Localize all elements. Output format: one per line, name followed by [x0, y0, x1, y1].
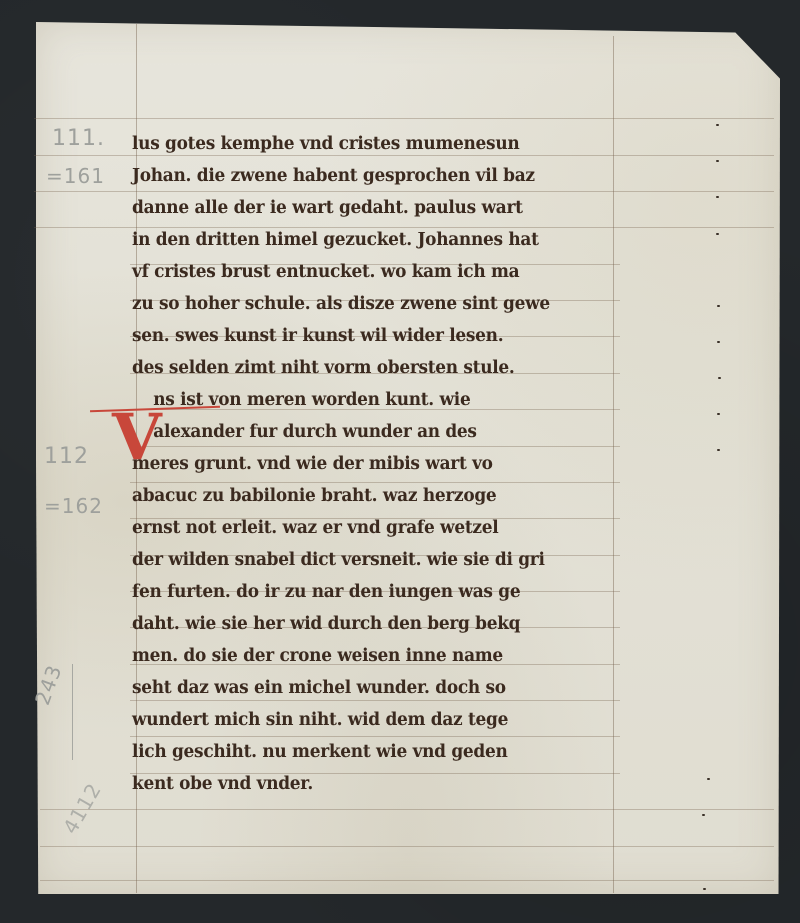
- text-line: fen furten. do ir zu nar den iungen was …: [132, 576, 602, 608]
- folio-equivalence-pencil: =162: [44, 494, 103, 518]
- pricking-hole: [718, 377, 721, 379]
- text-line: alexander fur durch wunder an des: [132, 416, 601, 448]
- text-line: danne alle der ie wart gedaht. paulus wa…: [132, 192, 602, 224]
- pricking-hole: [717, 413, 720, 415]
- text-line: daht. wie sie her wid durch den berg bek…: [132, 608, 602, 640]
- manuscript-text-block: lus gotes kemphe vnd cristes mumenesun J…: [132, 128, 617, 800]
- text-line: Johan. die zwene habent gesprochen vil b…: [132, 160, 602, 192]
- pricking-hole: [717, 305, 720, 307]
- pricking-hole: [716, 233, 719, 235]
- folio-equivalence-pencil: =161: [46, 164, 105, 188]
- text-line: ernst not erleit. waz er vnd grafe wetze…: [132, 512, 602, 544]
- text-line: lich geschiht. nu merkent wie vnd geden: [132, 736, 602, 768]
- text-line: vf cristes brust entnucket. wo kam ich m…: [132, 256, 602, 288]
- pencil-mark-line: [72, 664, 73, 760]
- pricking-hole: [716, 160, 719, 162]
- top-ruling: [34, 118, 774, 119]
- text-line: lus gotes kemphe vnd cristes mumenesun: [132, 128, 602, 160]
- text-line: des selden zimt niht vorm obersten stule…: [132, 352, 602, 384]
- text-line: der wilden snabel dict versneit. wie sie…: [132, 544, 602, 576]
- text-line: men. do sie der crone weisen inne name: [132, 640, 602, 672]
- pricking-hole: [702, 814, 705, 816]
- bottom-ruling: [40, 880, 774, 881]
- ruling-line: [40, 809, 774, 810]
- text-line: abacuc zu babilonie braht. waz herzoge: [132, 480, 602, 512]
- text-line: in den dritten himel gezucket. Johannes …: [132, 224, 602, 256]
- folio-number-pencil: 111.: [52, 126, 105, 151]
- text-line: zu so hoher schule. als disze zwene sint…: [132, 288, 602, 320]
- text-line: seht daz was ein michel wunder. doch so: [132, 672, 602, 704]
- pricking-hole: [716, 196, 719, 198]
- text-line: sen. swes kunst ir kunst wil wider lesen…: [132, 320, 602, 352]
- pricking-hole: [717, 341, 720, 343]
- text-line: wundert mich sin niht. wid dem daz tege: [132, 704, 602, 736]
- text-line: meres grunt. vnd wie der mibis wart vo: [132, 448, 602, 480]
- pricking-hole: [717, 449, 720, 451]
- pricking-hole: [703, 888, 706, 890]
- pricking-hole: [716, 124, 719, 126]
- pricking-hole: [707, 778, 710, 780]
- folio-number-pencil: 112: [44, 444, 89, 469]
- ruling-line: [40, 846, 774, 847]
- text-line: kent obe vnd vnder.: [132, 768, 602, 800]
- text-line: ns ist von meren worden kunt. wie: [132, 384, 601, 416]
